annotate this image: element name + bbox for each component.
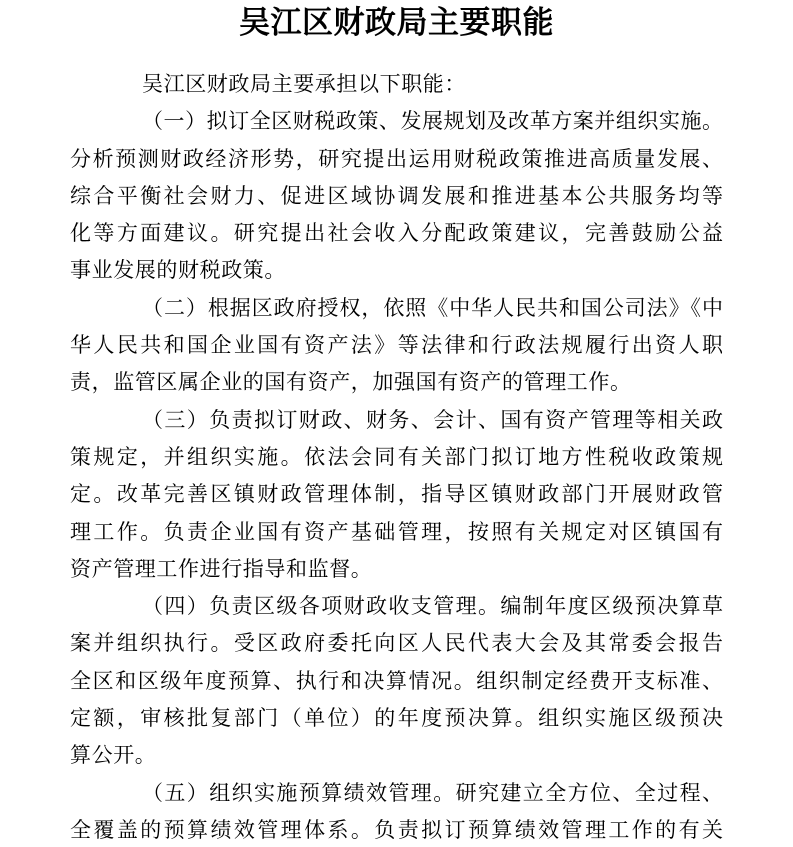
para-1-line-1: （一）拟订全区财税政策、发展规划及改革方案并组织实施。: [70, 103, 723, 140]
para-1-line-3: 综合平衡社会财力、促进区域协调发展和推进基本公共服务均等: [70, 178, 723, 215]
para-3-line-3: 定。改革完善区镇财政管理体制，指导区镇财政部门开展财政管: [70, 476, 723, 513]
para-3-line-1: （三）负责拟订财政、财务、会计、国有资产管理等相关政: [70, 402, 723, 439]
para-4-line-2: 案并组织执行。受区政府委托向区人民代表大会及其常委会报告: [70, 625, 723, 662]
para-1-line-5: 事业发展的财税政策。: [70, 252, 723, 289]
page-title: 吴江区财政局主要职能: [0, 3, 793, 43]
para-4-line-5: 算公开。: [70, 737, 723, 774]
para-4-line-1: （四）负责区级各项财政收支管理。编制年度区级预决算草: [70, 588, 723, 625]
document-body: 吴江区财政局主要承担以下职能： （一）拟订全区财税政策、发展规划及改革方案并组织…: [70, 66, 723, 847]
para-1-line-2: 分析预测财政经济形势，研究提出运用财税政策推进高质量发展、: [70, 141, 723, 178]
para-2-line-1: （二）根据区政府授权，依照《中华人民共和国公司法》《中: [70, 290, 723, 327]
para-2-line-3: 责，监管区属企业的国有资产，加强国有资产的管理工作。: [70, 364, 723, 401]
intro-line: 吴江区财政局主要承担以下职能：: [70, 66, 723, 103]
para-4-line-3: 全区和区级年度预算、执行和决算情况。组织制定经费开支标准、: [70, 663, 723, 700]
para-4-line-4: 定额，审核批复部门（单位）的年度预决算。组织实施区级预决: [70, 700, 723, 737]
para-2-line-2: 华人民共和国企业国有资产法》等法律和行政法规履行出资人职: [70, 327, 723, 364]
para-1-line-4: 化等方面建议。研究提出社会收入分配政策建议，完善鼓励公益: [70, 215, 723, 252]
para-3-line-5: 资产管理工作进行指导和监督。: [70, 551, 723, 588]
para-5-line-2: 全覆盖的预算绩效管理体系。负责拟订预算绩效管理工作的有关: [70, 812, 723, 847]
para-3-line-4: 理工作。负责企业国有资产基础管理，按照有关规定对区镇国有: [70, 514, 723, 551]
document-page: 吴江区财政局主要职能 吴江区财政局主要承担以下职能： （一）拟订全区财税政策、发…: [0, 0, 793, 847]
para-3-line-2: 策规定，并组织实施。依法会同有关部门拟订地方性税收政策规: [70, 439, 723, 476]
para-5-line-1: （五）组织实施预算绩效管理。研究建立全方位、全过程、: [70, 775, 723, 812]
